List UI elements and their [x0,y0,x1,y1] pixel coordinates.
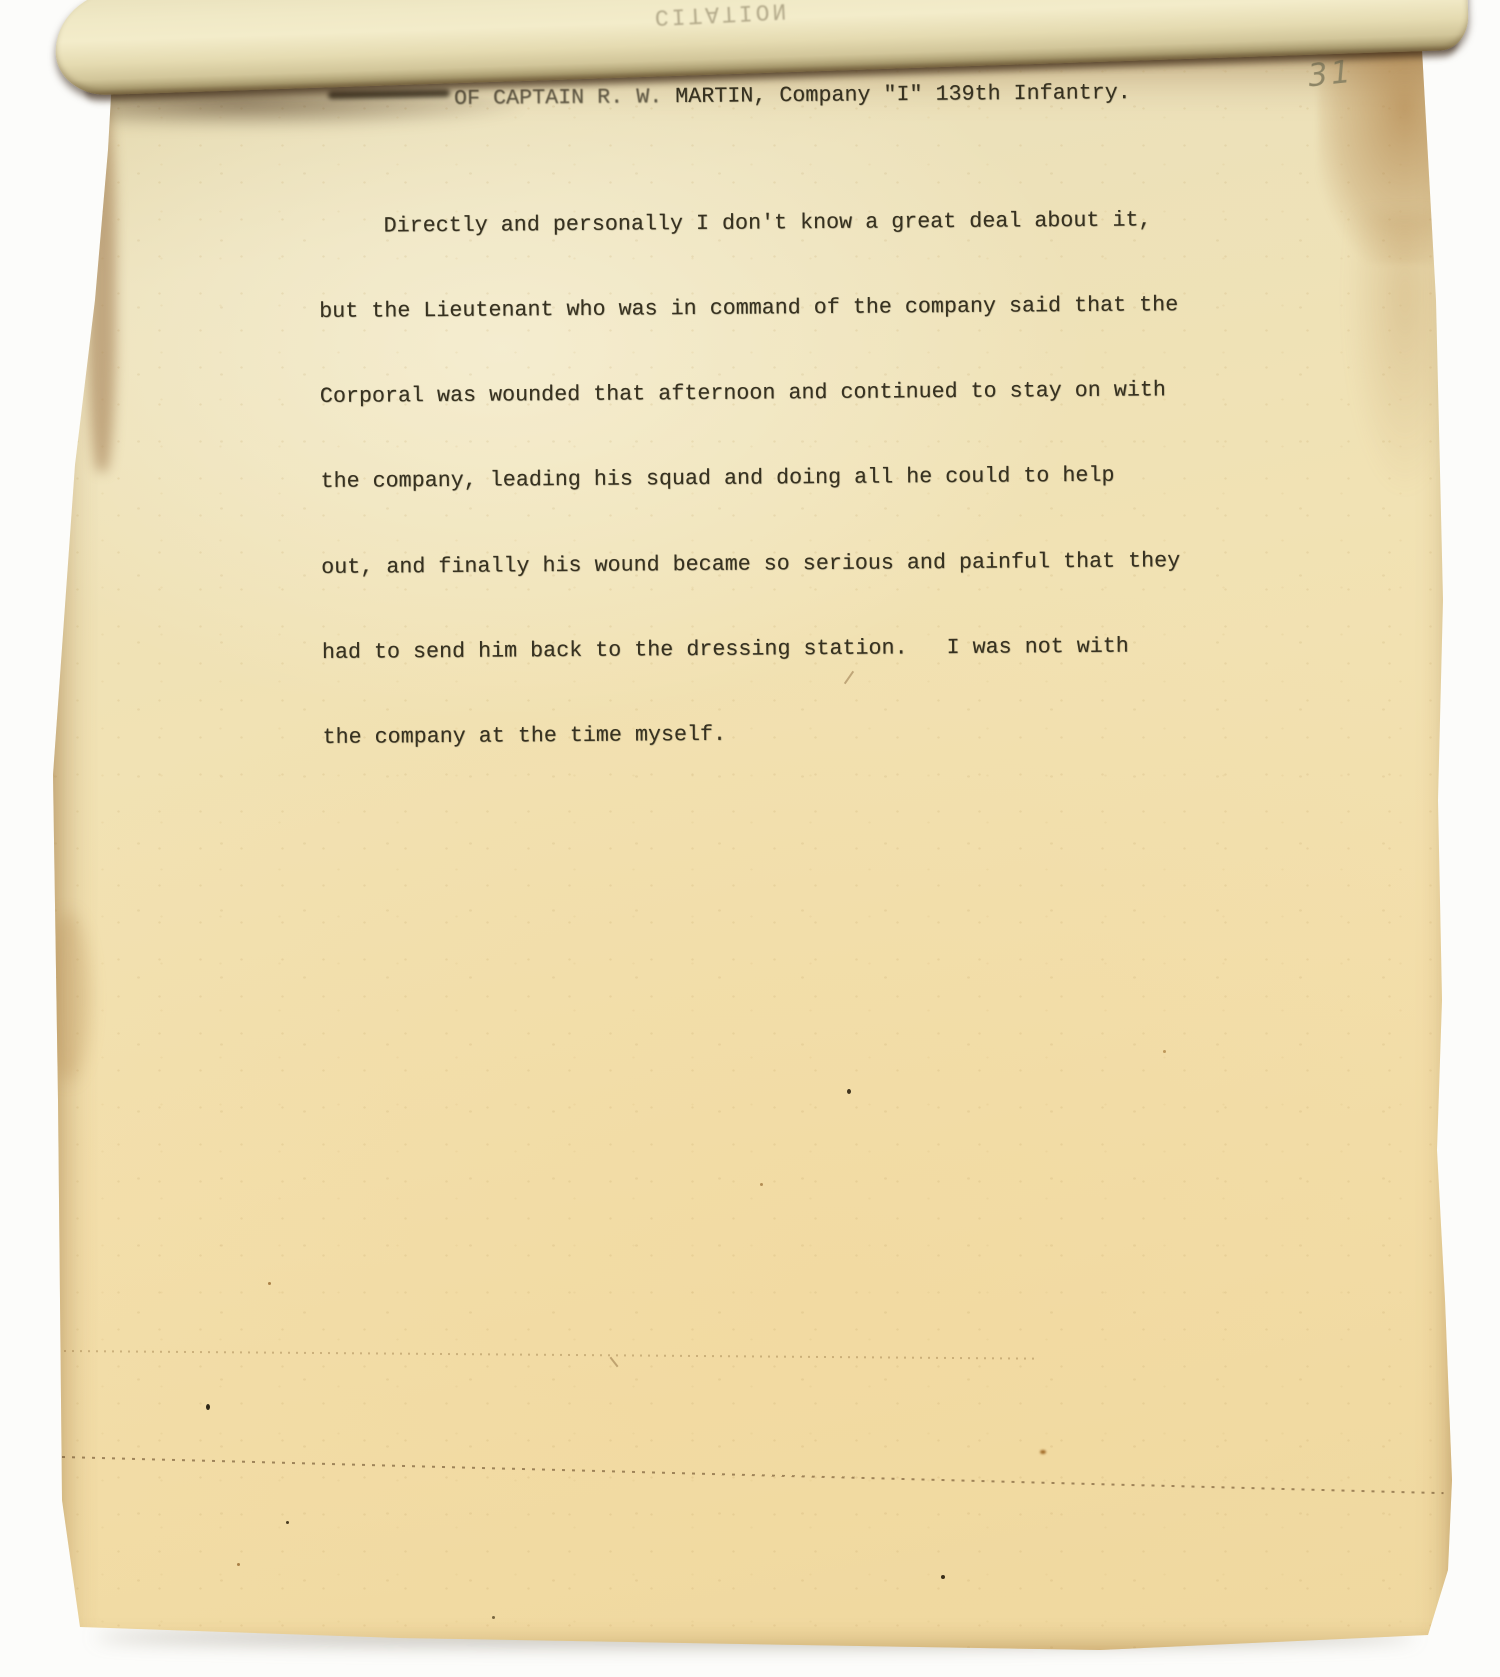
typed-paragraph: Directly and personally I don't know a g… [318,149,1182,809]
typed-line: Corporal was wounded that afternoon and … [320,376,1179,411]
paper-speck [941,1575,945,1579]
paper-speck [237,1563,240,1566]
paper-speck [1040,1450,1046,1454]
document-page: OF CAPTAIN R. W. MARTIN, Company "I" 139… [50,42,1462,1654]
typed-line: Directly and personally I don't know a g… [318,206,1177,241]
typed-line: the company at the time myself. [322,717,1181,752]
paper-speck [268,1282,271,1285]
top-right-stain-runoff [1348,212,1443,492]
paper-speck [760,1183,763,1186]
paper-speck [492,1616,495,1619]
paper-speck [286,1521,289,1524]
typed-line: but the Lieutenant who was in command of… [319,291,1178,326]
paper-speck [206,1404,210,1410]
paper-speck [847,1089,851,1094]
typed-line: had to send him back to the dressing sta… [322,632,1181,667]
left-edge-browning [88,102,116,472]
left-edge-stain [46,912,90,1082]
citation-showthrough-stamp: CITATION [654,0,790,30]
typed-line: out, and finally his wound became so ser… [321,547,1180,582]
scan-background: { "document": { "kind": "typewritten sta… [0,0,1500,1677]
typed-line: the company, leading his squad and doing… [320,462,1179,497]
paper-speck [1163,1050,1166,1053]
header-main-text: MARTIN, Company "I" 139th Infantry. [675,80,1131,109]
